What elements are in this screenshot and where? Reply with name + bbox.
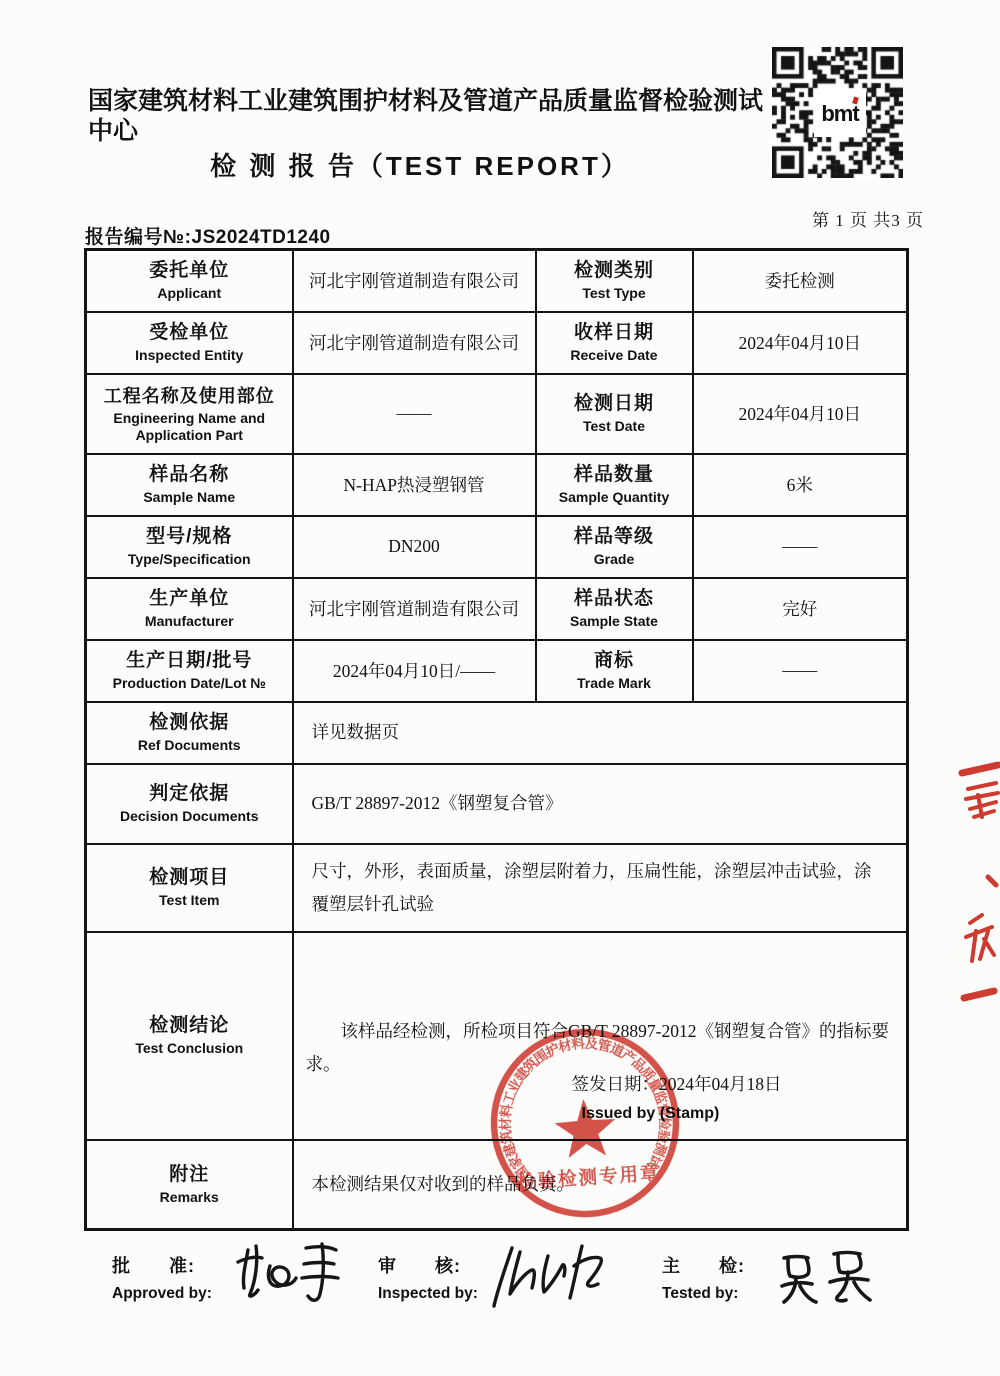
report-number: 报告编号№:JS2024TD1240 <box>85 222 331 249</box>
label-manufacturer: 生产单位Manufacturer <box>86 578 293 640</box>
label-test-item: 检测项目Test Item <box>86 844 293 932</box>
report-table: 委托单位Applicant 河北宇刚管道制造有限公司 检测类别Test Type… <box>84 248 909 1231</box>
red-stamp-fragments <box>948 755 1000 1015</box>
inspected-by-en: Inspected by: <box>378 1285 478 1303</box>
table-row: 样品名称Sample Name N-HAP热浸塑钢管 样品数量Sample Qu… <box>86 454 908 516</box>
value-applicant: 河北宇刚管道制造有限公司 <box>293 250 536 312</box>
value-test-item: 尺寸，外形，表面质量，涂塑层附着力，压扁性能，涂塑层冲击试验，涂覆塑层针孔试验 <box>293 844 908 932</box>
table-row: 生产单位Manufacturer 河北宇刚管道制造有限公司 样品状态Sample… <box>86 578 908 640</box>
table-row: 工程名称及使用部位Engineering Name and Applicatio… <box>86 374 908 454</box>
table-row: 检测结论Test Conclusion 该样品经检测，所检项目符合GB/T 28… <box>86 932 908 1140</box>
report-title: 检 测 报 告（TEST REPORT） <box>180 146 660 183</box>
value-type-spec: DN200 <box>293 516 536 578</box>
label-trade-mark: 商标Trade Mark <box>536 640 693 702</box>
value-manufacturer: 河北宇刚管道制造有限公司 <box>293 578 536 640</box>
tested-by-block: 主 检: Tested by: <box>662 1252 745 1303</box>
label-remarks: 附注Remarks <box>86 1140 293 1230</box>
table-row: 检测依据Ref Documents 详见数据页 <box>86 702 908 764</box>
table-row: 型号/规格Type/Specification DN200 样品等级Grade … <box>86 516 908 578</box>
issue-date: 签发日期：2024年04月18日 <box>572 1071 782 1096</box>
value-production-date: 2024年04月10日/—— <box>293 640 536 702</box>
tested-by-zh: 主 检: <box>662 1252 745 1278</box>
label-inspected-entity: 受检单位Inspected Entity <box>86 312 293 374</box>
label-test-type: 检测类别Test Type <box>536 250 693 312</box>
value-remarks: 本检测结果仅对收到的样品负责。 <box>293 1140 908 1230</box>
label-sample-quantity: 样品数量Sample Quantity <box>536 454 693 516</box>
issued-by-label: Issued by (Stamp) <box>582 1105 720 1123</box>
label-sample-name: 样品名称Sample Name <box>86 454 293 516</box>
value-decision-documents: GB/T 28897-2012《钢塑复合管》 <box>293 764 908 844</box>
conclusion-cell: 该样品经检测，所检项目符合GB/T 28897-2012《钢塑复合管》的指标要求… <box>293 932 908 1140</box>
value-sample-state: 完好 <box>693 578 908 640</box>
tested-by-en: Tested by: <box>662 1285 745 1303</box>
label-engineering-name: 工程名称及使用部位Engineering Name and Applicatio… <box>86 374 293 454</box>
approved-signature <box>232 1236 352 1312</box>
value-test-date: 2024年04月10日 <box>693 374 908 454</box>
label-production-date: 生产日期/批号Production Date/Lot № <box>86 640 293 702</box>
bmt-logo-text: bmt <box>821 101 858 127</box>
label-type-spec: 型号/规格Type/Specification <box>86 516 293 578</box>
table-row: 委托单位Applicant 河北宇刚管道制造有限公司 检测类别Test Type… <box>86 250 908 312</box>
value-ref-documents: 详见数据页 <box>293 702 908 764</box>
approved-by-block: 批 准: Approved by: <box>112 1252 212 1303</box>
label-ref-documents: 检测依据Ref Documents <box>86 702 293 764</box>
table-row: 受检单位Inspected Entity 河北宇刚管道制造有限公司 收样日期Re… <box>86 312 908 374</box>
table-row: 检测项目Test Item 尺寸，外形，表面质量，涂塑层附着力，压扁性能，涂塑层… <box>86 844 908 932</box>
table-row: 判定依据Decision Documents GB/T 28897-2012《钢… <box>86 764 908 844</box>
label-receive-date: 收样日期Receive Date <box>536 312 693 374</box>
inspected-by-block: 审 核: Inspected by: <box>378 1252 478 1303</box>
value-trade-mark: —— <box>693 640 908 702</box>
label-sample-state: 样品状态Sample State <box>536 578 693 640</box>
inspected-by-zh: 审 核: <box>378 1252 478 1278</box>
table-row: 附注Remarks 本检测结果仅对收到的样品负责。 <box>86 1140 908 1230</box>
tested-signature <box>776 1244 876 1308</box>
bmt-logo: bmt <box>814 91 866 137</box>
label-grade: 样品等级Grade <box>536 516 693 578</box>
approved-by-zh: 批 准: <box>112 1252 212 1278</box>
table-row: 生产日期/批号Production Date/Lot № 2024年04月10日… <box>86 640 908 702</box>
value-test-type: 委托检测 <box>693 250 908 312</box>
page-indicator: 第 1 页 共3 页 <box>812 206 924 231</box>
value-inspected-entity: 河北宇刚管道制造有限公司 <box>293 312 536 374</box>
label-test-conclusion: 检测结论Test Conclusion <box>86 932 293 1140</box>
inspected-signature <box>486 1232 616 1314</box>
value-sample-name: N-HAP热浸塑钢管 <box>293 454 536 516</box>
organization-title: 国家建筑材料工业建筑围护材料及管道产品质量监督检验测试中心 <box>88 86 778 146</box>
value-grade: —— <box>693 516 908 578</box>
value-receive-date: 2024年04月10日 <box>693 312 908 374</box>
value-sample-quantity: 6米 <box>693 454 908 516</box>
label-applicant: 委托单位Applicant <box>86 250 293 312</box>
label-test-date: 检测日期Test Date <box>536 374 693 454</box>
value-engineering-name: —— <box>293 374 536 454</box>
qr-code: bmt <box>772 47 908 187</box>
approved-by-en: Approved by: <box>112 1285 212 1303</box>
test-report-page: 国家建筑材料工业建筑围护材料及管道产品质量监督检验测试中心 检 测 报 告（TE… <box>0 0 1000 1376</box>
label-decision-documents: 判定依据Decision Documents <box>86 764 293 844</box>
